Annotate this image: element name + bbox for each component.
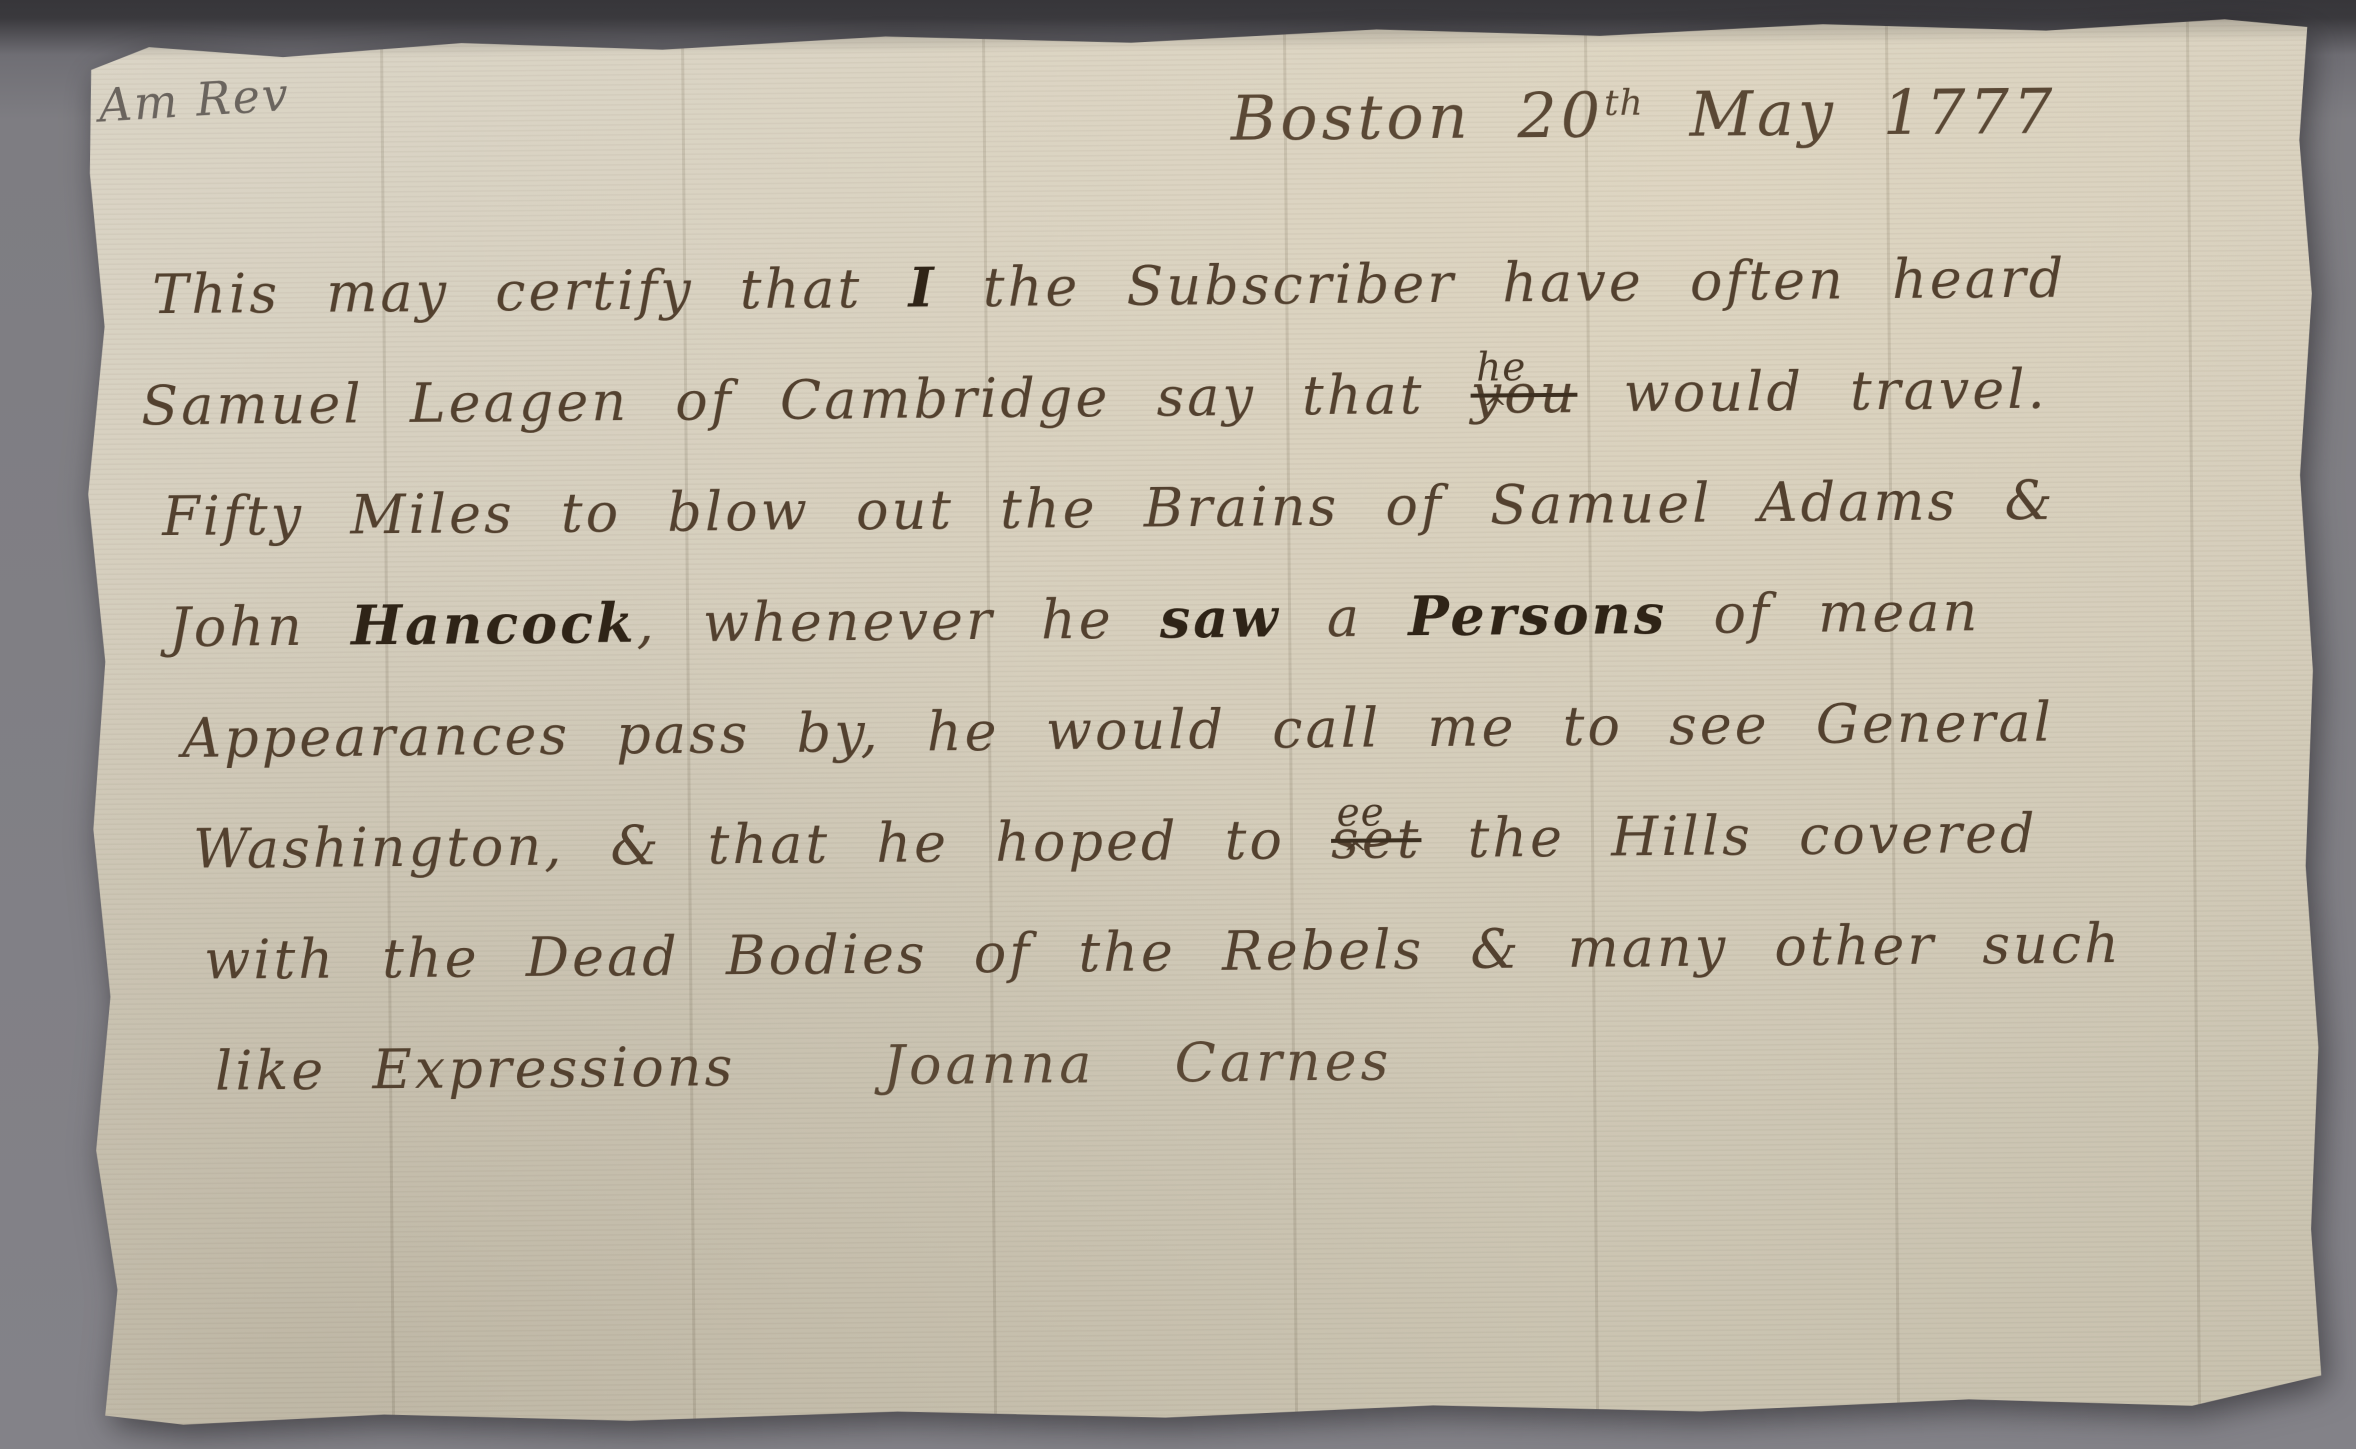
manuscript-paper: Am Rev Boston 20th May 1777 This may cer… xyxy=(82,14,2326,1429)
closing-words: like Expressions xyxy=(215,1035,736,1103)
body-line-6: Washington, & that he hoped to setee^ th… xyxy=(193,776,2210,905)
body-line-8: like ExpressionsJoanna Carnes xyxy=(215,998,2212,1126)
dateline-month-year: May 1777 xyxy=(1643,75,2056,152)
caret-mark: ^ xyxy=(1343,799,1372,910)
body-line-1: This may certify that I the Subscriber h… xyxy=(152,221,2205,350)
letter-body: This may certify that I the Subscriber h… xyxy=(140,221,2212,1127)
manuscript-paper-wrap: Am Rev Boston 20th May 1777 This may cer… xyxy=(82,14,2326,1429)
dateline: Boston 20th May 1777 xyxy=(1230,75,2056,155)
dateline-ordinal-suffix: th xyxy=(1604,82,1644,123)
correction: setee^ xyxy=(1331,783,1422,895)
body-line-2: Samuel Leagen of Cambridge say that youh… xyxy=(141,332,2206,461)
emphasized-word: Persons xyxy=(1408,582,1668,648)
emphasized-word: Hancock xyxy=(351,591,637,657)
archival-pencil-note: Am Rev xyxy=(97,67,291,133)
correction: youhe^ xyxy=(1470,338,1578,450)
emphasized-word: saw xyxy=(1160,585,1281,650)
emphasized-word: I xyxy=(908,255,937,319)
photograph-background: Am Rev Boston 20th May 1777 This may cer… xyxy=(0,0,2356,1449)
body-line-5: Appearances pass by, he would call me to… xyxy=(182,665,2209,794)
body-line-4: John Hancock, whenever he saw a Persons … xyxy=(169,554,2208,683)
body-line-7: with the Dead Bodies of the Rebels & man… xyxy=(204,887,2211,1016)
dateline-place-day: Boston 20 xyxy=(1230,78,1604,154)
caret-mark: ^ xyxy=(1482,354,1511,465)
signature: Joanna Carnes xyxy=(883,1029,1393,1096)
body-line-3: Fifty Miles to blow out the Brains of Sa… xyxy=(162,443,2207,572)
